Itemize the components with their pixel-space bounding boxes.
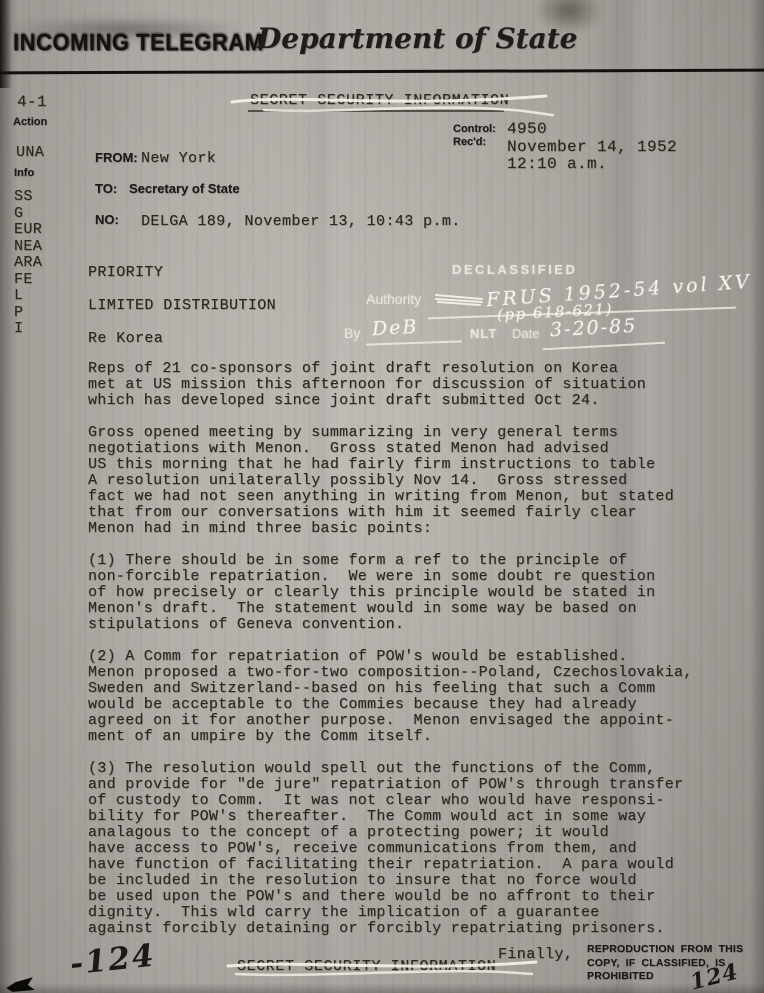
telegram-body: Reps of 21 co-sponsors of joint draft re… — [88, 361, 743, 953]
date-handwritten-value: 3-20-85 — [549, 315, 637, 342]
routing-office: P — [14, 305, 42, 322]
routing-office: ARA — [14, 255, 42, 272]
subject-line: Re Korea — [88, 330, 163, 347]
limited-distribution-flag: LIMITED DISTRIBUTION — [88, 297, 276, 314]
authority-label: Authority — [366, 291, 421, 307]
body-paragraph: (3) The resolution would spell out the f… — [88, 761, 743, 937]
classification-bottom: SECRET SECURITY INFORMATION — [237, 958, 496, 975]
department-of-state-masthead: Department of State — [257, 22, 578, 55]
authority-crossout-scribble — [434, 290, 486, 306]
routing-office: NEA — [14, 239, 42, 256]
routing-office: I — [14, 321, 42, 338]
routing-office: L — [14, 288, 42, 305]
priority-flag: PRIORITY — [88, 264, 163, 281]
body-paragraph: (1) There should be in some form a ref t… — [88, 553, 743, 633]
handwritten-page-number: -124 — [68, 938, 157, 983]
telegram-document: INCOMING TELEGRAM Department of State SE… — [0, 0, 764, 993]
classification-top: SECRET SECURITY INFORMATION — [250, 92, 509, 109]
action-label: Action — [13, 116, 47, 128]
declassified-stamp-title: DECLASSIFIED — [452, 262, 577, 277]
routing-office: G — [14, 206, 42, 223]
control-label: Control: — [453, 123, 496, 135]
recd-time: 12:10 a.m. — [507, 155, 607, 173]
by-underline — [366, 340, 462, 345]
continuation-word: Finally, — [498, 946, 573, 963]
action-office: UNA — [16, 144, 44, 161]
from-value: New York — [141, 150, 216, 167]
left-edge-dark-strip — [0, 0, 12, 88]
to-label: TO: — [95, 181, 117, 196]
no-label: NO: — [95, 212, 119, 227]
by-label: By — [344, 325, 360, 341]
from-label: FROM: — [95, 150, 138, 165]
left-edge-shadow — [0, 0, 16, 993]
classification-top-underline — [248, 110, 504, 112]
control-number: 4950 — [507, 120, 547, 138]
date-label: Date — [512, 326, 539, 341]
incoming-telegram-stamp: INCOMING TELEGRAM — [13, 29, 264, 57]
info-label: Info — [14, 167, 34, 179]
margin-code: 4-1 — [17, 93, 47, 111]
routing-office: EUR — [14, 222, 42, 239]
routing-office: FE — [14, 272, 42, 289]
right-edge-shadow — [750, 0, 764, 993]
recd-date: November 14, 1952 — [507, 138, 677, 156]
recd-label: Rec'd: — [453, 136, 486, 148]
routing-office-list: SSGEURNEAARAFELPI — [14, 189, 42, 338]
body-paragraph: (2) A Comm for repatriation of POW's wou… — [88, 649, 743, 745]
no-value: DELGA 189, November 13, 10:43 p.m. — [141, 213, 461, 230]
body-paragraph: Reps of 21 co-sponsors of joint draft re… — [88, 361, 743, 409]
archive-code: NLT — [470, 326, 497, 341]
body-paragraph: Gross opened meeting by summarizing in v… — [88, 425, 743, 537]
routing-office: SS — [14, 189, 42, 206]
to-value: Secretary of State — [129, 181, 240, 196]
by-handwritten-value: DeB — [371, 316, 419, 340]
